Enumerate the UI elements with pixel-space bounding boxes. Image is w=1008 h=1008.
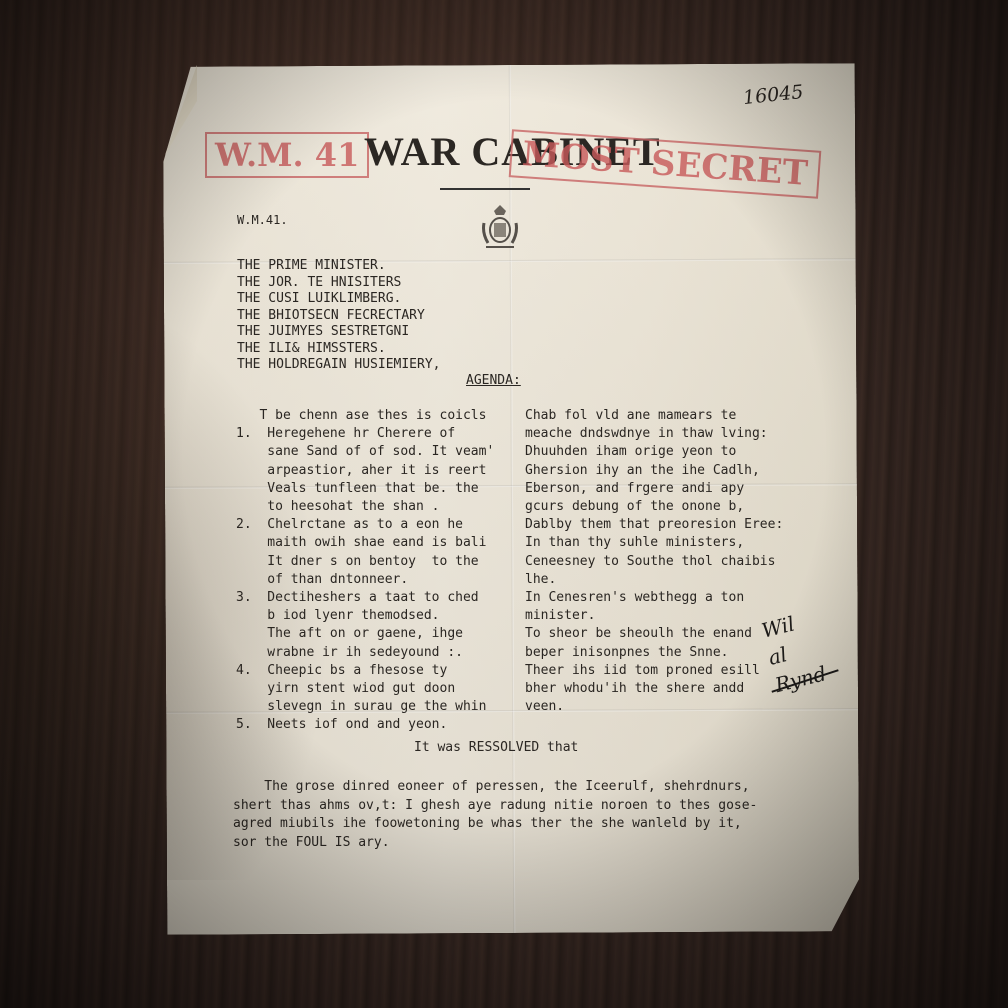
agenda-left-column: T be chenn ase thes is coicls1. Heregehe… <box>236 407 494 735</box>
agenda-line: Dablby them that preoresion Eree: <box>525 516 783 534</box>
resolved-heading: It was RESSOLVED that <box>414 740 578 755</box>
agenda-line: meache dndswdnye in thaw lving: <box>525 425 783 443</box>
agenda-line: maith owih shae eand is bali <box>236 534 494 552</box>
agenda-line: veen. <box>525 698 783 716</box>
agenda-line: wrabne ir ih sedeyound :. <box>236 644 494 662</box>
agenda-line: lhe. <box>525 571 783 589</box>
agenda-heading: AGENDA: <box>466 373 521 388</box>
agenda-line: of than dntonneer. <box>236 571 494 589</box>
recipient-line: THE BHIOTSECN FECRECTARY <box>237 308 441 325</box>
stamp-meeting-number: W.M. 41 <box>205 132 369 178</box>
recipient-line: THE JOR. TE HNISITERS <box>237 275 441 292</box>
reference-number: W.M.41. <box>237 213 288 227</box>
agenda-line: To sheor be sheoulh the enand <box>525 625 783 643</box>
agenda-line: In than thy suhle ministers, <box>525 534 783 552</box>
agenda-line: sane Sand of of sod. It veam' <box>236 443 494 461</box>
title-underline <box>440 188 530 190</box>
agenda-line: Theer ihs iid tom proned esill <box>525 662 783 680</box>
resolution-line: agred miubils ihe foowetoning be whas th… <box>233 815 757 834</box>
agenda-line: T be chenn ase thes is coicls <box>236 407 494 425</box>
agenda-line: Ceneesney to Southe thol chaibis <box>525 553 783 571</box>
resolution-line: The grose dinred eoneer of peressen, the… <box>233 778 757 797</box>
agenda-line: 5. Neets iof ond and yeon. <box>236 716 494 734</box>
agenda-line: It dner s on bentoy to the <box>236 553 494 571</box>
agenda-line: 2. Chelrctane as to a eon he <box>236 516 494 534</box>
resolution-paragraph: The grose dinred eoneer of peressen, the… <box>233 778 757 852</box>
recipient-line: THE JUIMYES SESTRETGNI <box>237 324 441 341</box>
agenda-line: yirn stent wiod gut doon <box>236 680 494 698</box>
agenda-line: Chab fol vld ane mamears te <box>525 407 783 425</box>
agenda-line: bher whodu'ih the shere andd <box>525 680 783 698</box>
resolution-line: shert thas ahms ov,t: I ghesh aye radung… <box>233 797 757 816</box>
recipient-line: THE CUSI LUIKLIMBERG. <box>237 291 441 308</box>
agenda-line: to heesohat the shan . <box>236 498 494 516</box>
resolution-line: sor the FOUL IS ary. <box>233 834 757 853</box>
recipient-line: THE HOLDREGAIN HUSIEMIERY, <box>237 357 441 374</box>
agenda-line: gcurs debung of the onone b, <box>525 498 783 516</box>
agenda-line: arpeastior, aher it is reert <box>236 462 494 480</box>
agenda-line: Eberson, and frgere andi apy <box>525 480 783 498</box>
royal-crest-icon <box>478 203 522 253</box>
agenda-line: In Cenesren's webthegg a ton <box>525 589 783 607</box>
agenda-line: minister. <box>525 607 783 625</box>
recipient-list: THE PRIME MINISTER.THE JOR. TE HNISITERS… <box>237 258 441 374</box>
agenda-line: Ghersion ihy an the ihe Cadlh, <box>525 462 783 480</box>
agenda-line: slevegn in surau ge the whin <box>236 698 494 716</box>
agenda-line: 3. Dectiheshers a taat to ched <box>236 589 494 607</box>
agenda-line: 4. Cheepic bs a fhesose ty <box>236 662 494 680</box>
recipient-line: THE ILI& HIMSSTERS. <box>237 341 441 358</box>
agenda-line: Veals tunfleen that be. the <box>236 480 494 498</box>
agenda-line: b iod lyenr themodsed. <box>236 607 494 625</box>
recipient-line: THE PRIME MINISTER. <box>237 258 441 275</box>
agenda-right-column: Chab fol vld ane mamears temeache dndswd… <box>525 407 783 716</box>
agenda-line: The aft on or gaene, ihge <box>236 625 494 643</box>
agenda-line: beper inisonpnes the Snne. <box>525 644 783 662</box>
agenda-line: 1. Heregehene hr Cherere of <box>236 425 494 443</box>
agenda-line: Dhuuhden iham orige yeon to <box>525 443 783 461</box>
